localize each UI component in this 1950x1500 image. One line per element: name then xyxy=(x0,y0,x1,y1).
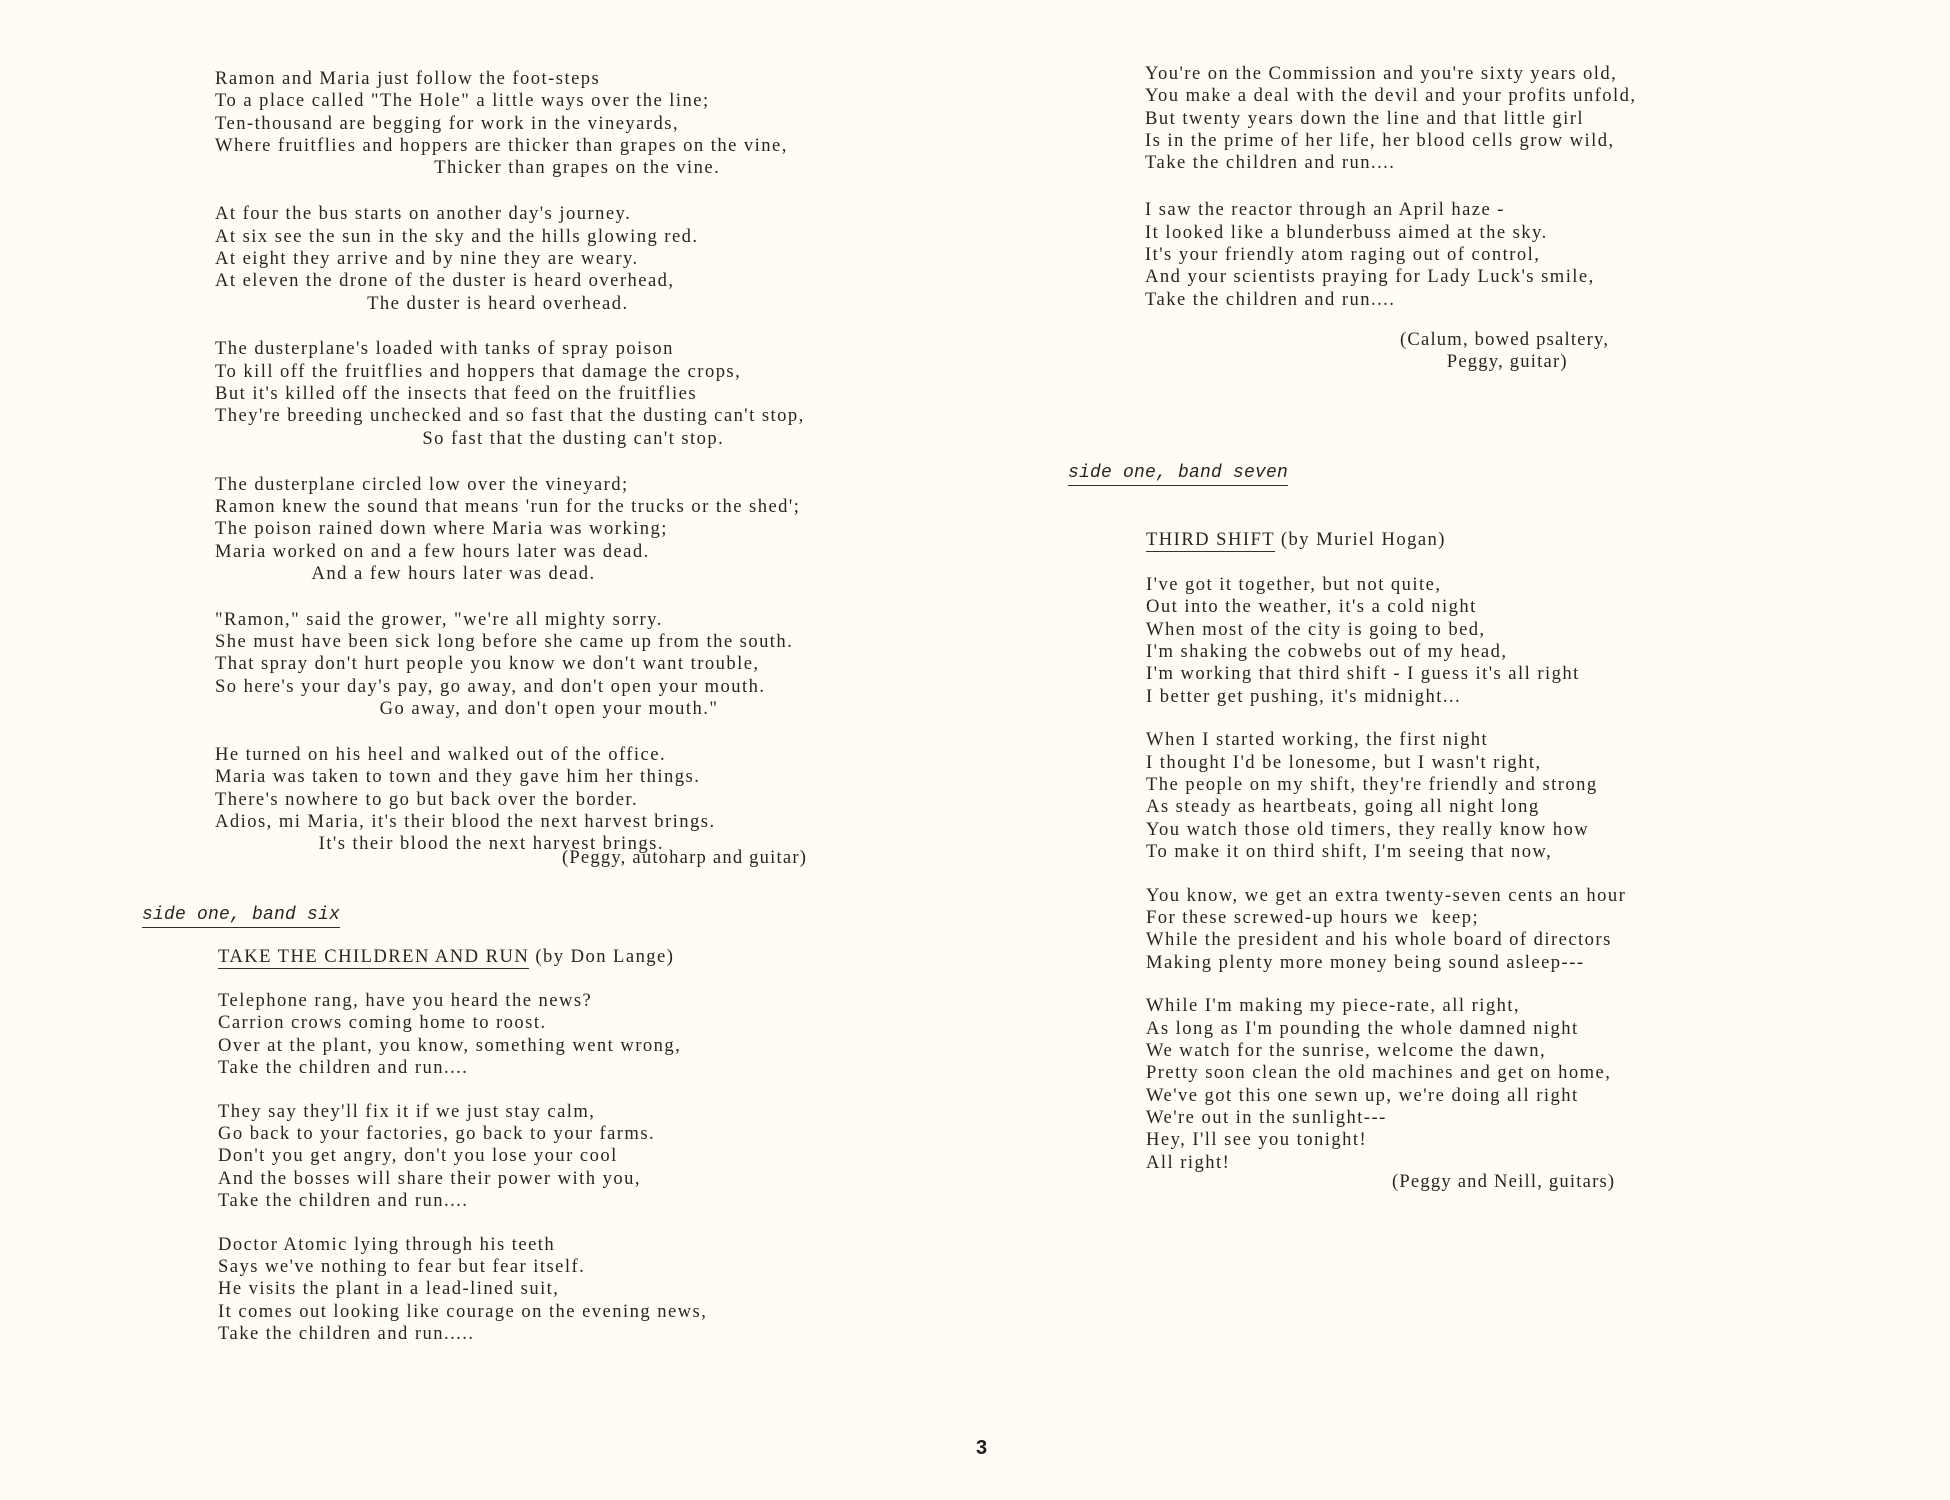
lyric-line: While I'm making my piece-rate, all righ… xyxy=(1146,995,1626,1017)
stanza: When I started working, the first nightI… xyxy=(1146,729,1626,863)
lyric-line: Making plenty more money being sound asl… xyxy=(1146,952,1626,974)
lyric-line: As long as I'm pounding the whole damned… xyxy=(1146,1018,1626,1040)
lyric-line: He visits the plant in a lead-lined suit… xyxy=(218,1278,707,1300)
lyric-line: I saw the reactor through an April haze … xyxy=(1145,199,1637,221)
stanza-gap xyxy=(215,585,805,608)
lyric-line: At six see the sun in the sky and the hi… xyxy=(215,226,805,248)
lyric-line: That spray don't hurt people you know we… xyxy=(215,653,805,675)
lyric-line: There's nowhere to go but back over the … xyxy=(215,789,805,811)
stanza: "Ramon," said the grower, "we're all mig… xyxy=(215,609,805,721)
continued-song-lyrics: You're on the Commission and you're sixt… xyxy=(1145,63,1637,311)
credit-line: (Calum, bowed psaltery, xyxy=(1400,329,1609,351)
page-number: 3 xyxy=(976,1437,987,1460)
stanza-gap xyxy=(215,180,805,203)
lyric-line: I'm working that third shift - I guess i… xyxy=(1146,663,1626,685)
lyric-line: Take the children and run.... xyxy=(218,1057,707,1079)
stanza: Doctor Atomic lying through his teethSay… xyxy=(218,1234,707,1346)
lyric-line: Adios, mi Maria, it's their blood the ne… xyxy=(215,811,805,833)
song-title: THIRD SHIFT xyxy=(1146,529,1275,552)
lyric-line: Is in the prime of her life, her blood c… xyxy=(1145,130,1637,152)
stanza-gap xyxy=(1146,974,1626,995)
song-title-line-take-the-children: TAKE THE CHILDREN AND RUN (by Don Lange) xyxy=(218,946,674,968)
lyric-line: Take the children and run.... xyxy=(218,1190,707,1212)
continued-song-credit: (Calum, bowed psaltery, Peggy, guitar) xyxy=(1400,329,1609,374)
lyric-line: As steady as heartbeats, going all night… xyxy=(1146,796,1626,818)
stanza: The dusterplane's loaded with tanks of s… xyxy=(215,338,805,450)
stanza: You're on the Commission and you're sixt… xyxy=(1145,63,1637,175)
lyric-line: We're out in the sunlight--- xyxy=(1146,1107,1626,1129)
lyric-line: Where fruitflies and hoppers are thicker… xyxy=(215,135,805,157)
third-shift-credit: (Peggy and Neill, guitars) xyxy=(1392,1171,1615,1193)
lyric-line: And the bosses will share their power wi… xyxy=(218,1168,707,1190)
lyric-line: Telephone rang, have you heard the news? xyxy=(218,990,707,1012)
stanza: Ramon and Maria just follow the foot-ste… xyxy=(215,68,805,180)
lyric-line: For these screwed-up hours we keep; xyxy=(1146,907,1626,929)
lyric-line: So fast that the dusting can't stop. xyxy=(215,428,805,450)
credit-line: Peggy, guitar) xyxy=(1400,351,1609,373)
lyric-line: You're on the Commission and you're sixt… xyxy=(1145,63,1637,85)
stanza: The dusterplane circled low over the vin… xyxy=(215,474,805,586)
stanza: He turned on his heel and walked out of … xyxy=(215,744,805,856)
lyric-line: He turned on his heel and walked out of … xyxy=(215,744,805,766)
stanza-gap xyxy=(1145,175,1637,200)
lyric-line: You watch those old timers, they really … xyxy=(1146,819,1626,841)
lyric-line: Go away, and don't open your mouth." xyxy=(215,698,805,720)
take-the-children-lyrics: Telephone rang, have you heard the news?… xyxy=(218,990,707,1345)
previous-song-lyrics: Ramon and Maria just follow the foot-ste… xyxy=(215,68,805,856)
lyric-line: To kill off the fruitflies and hoppers t… xyxy=(215,361,805,383)
lyric-line: Maria worked on and a few hours later wa… xyxy=(215,541,805,563)
songbook-page: Ramon and Maria just follow the foot-ste… xyxy=(0,0,1950,1500)
lyric-line: Thicker than grapes on the vine. xyxy=(215,157,805,179)
song-author: (by Don Lange) xyxy=(529,946,674,967)
third-shift-lyrics: I've got it together, but not quite,Out … xyxy=(1146,574,1626,1174)
section-heading-band-six: side one, band six xyxy=(142,904,340,928)
lyric-line: When most of the city is going to bed, xyxy=(1146,619,1626,641)
lyric-line: I better get pushing, it's midnight... xyxy=(1146,686,1626,708)
stanza: You know, we get an extra twenty-seven c… xyxy=(1146,885,1626,974)
lyric-line: At eight they arrive and by nine they ar… xyxy=(215,248,805,270)
lyric-line: And a few hours later was dead. xyxy=(215,563,805,585)
lyric-line: The duster is heard overhead. xyxy=(215,293,805,315)
lyric-line: At eleven the drone of the duster is hea… xyxy=(215,270,805,292)
lyric-line: It's your friendly atom raging out of co… xyxy=(1145,244,1637,266)
lyric-line: "Ramon," said the grower, "we're all mig… xyxy=(215,609,805,631)
lyric-line: Maria was taken to town and they gave hi… xyxy=(215,766,805,788)
lyric-line: It looked like a blunderbuss aimed at th… xyxy=(1145,222,1637,244)
stanza-gap xyxy=(215,450,805,473)
lyric-line: To make it on third shift, I'm seeing th… xyxy=(1146,841,1626,863)
lyric-line: The dusterplane's loaded with tanks of s… xyxy=(215,338,805,360)
lyric-line: Pretty soon clean the old machines and g… xyxy=(1146,1062,1626,1084)
stanza-gap xyxy=(1146,708,1626,729)
lyric-line: She must have been sick long before she … xyxy=(215,631,805,653)
lyric-line: You know, we get an extra twenty-seven c… xyxy=(1146,885,1626,907)
lyric-line: Out into the weather, it's a cold night xyxy=(1146,596,1626,618)
stanza-gap xyxy=(215,720,805,743)
lyric-line: Take the children and run.... xyxy=(1145,289,1637,311)
lyric-line: I'm shaking the cobwebs out of my head, xyxy=(1146,641,1626,663)
lyric-line: They're breeding unchecked and so fast t… xyxy=(215,405,805,427)
previous-song-credit: (Peggy, autoharp and guitar) xyxy=(562,847,807,869)
stanza-gap xyxy=(215,315,805,338)
lyric-line: You make a deal with the devil and your … xyxy=(1145,85,1637,107)
stanza: I saw the reactor through an April haze … xyxy=(1145,199,1637,311)
section-heading-band-seven: side one, band seven xyxy=(1068,462,1288,486)
stanza-gap xyxy=(1146,863,1626,884)
stanza: At four the bus starts on another day's … xyxy=(215,203,805,315)
stanza: While I'm making my piece-rate, all righ… xyxy=(1146,995,1626,1174)
lyric-line: Don't you get angry, don't you lose your… xyxy=(218,1145,707,1167)
lyric-line: But twenty years down the line and that … xyxy=(1145,108,1637,130)
lyric-line: To a place called "The Hole" a little wa… xyxy=(215,90,805,112)
lyric-line: Take the children and run..... xyxy=(218,1323,707,1345)
lyric-line: Take the children and run.... xyxy=(1145,152,1637,174)
lyric-line: Ramon knew the sound that means 'run for… xyxy=(215,496,805,518)
lyric-line: I've got it together, but not quite, xyxy=(1146,574,1626,596)
lyric-line: Ramon and Maria just follow the foot-ste… xyxy=(215,68,805,90)
stanza: They say they'll fix it if we just stay … xyxy=(218,1101,707,1213)
lyric-line: At four the bus starts on another day's … xyxy=(215,203,805,225)
lyric-line: The dusterplane circled low over the vin… xyxy=(215,474,805,496)
lyric-line: Doctor Atomic lying through his teeth xyxy=(218,1234,707,1256)
lyric-line: Over at the plant, you know, something w… xyxy=(218,1035,707,1057)
stanza: I've got it together, but not quite,Out … xyxy=(1146,574,1626,708)
lyric-line: And your scientists praying for Lady Luc… xyxy=(1145,266,1637,288)
lyric-line: So here's your day's pay, go away, and d… xyxy=(215,676,805,698)
lyric-line: I thought I'd be lonesome, but I wasn't … xyxy=(1146,752,1626,774)
lyric-line: When I started working, the first night xyxy=(1146,729,1626,751)
song-author: (by Muriel Hogan) xyxy=(1275,529,1446,550)
song-title-line-third-shift: THIRD SHIFT (by Muriel Hogan) xyxy=(1146,529,1446,551)
lyric-line: Carrion crows coming home to roost. xyxy=(218,1012,707,1034)
lyric-line: Ten-thousand are begging for work in the… xyxy=(215,113,805,135)
song-title: TAKE THE CHILDREN AND RUN xyxy=(218,946,529,969)
lyric-line: We've got this one sewn up, we're doing … xyxy=(1146,1085,1626,1107)
lyric-line: The people on my shift, they're friendly… xyxy=(1146,774,1626,796)
lyric-line: Hey, I'll see you tonight! xyxy=(1146,1129,1626,1151)
lyric-line: They say they'll fix it if we just stay … xyxy=(218,1101,707,1123)
stanza-gap xyxy=(218,1212,707,1233)
lyric-line: It comes out looking like courage on the… xyxy=(218,1301,707,1323)
lyric-line: While the president and his whole board … xyxy=(1146,929,1626,951)
stanza: Telephone rang, have you heard the news?… xyxy=(218,990,707,1079)
lyric-line: But it's killed off the insects that fee… xyxy=(215,383,805,405)
lyric-line: Says we've nothing to fear but fear itse… xyxy=(218,1256,707,1278)
stanza-gap xyxy=(218,1079,707,1100)
lyric-line: Go back to your factories, go back to yo… xyxy=(218,1123,707,1145)
lyric-line: The poison rained down where Maria was w… xyxy=(215,518,805,540)
lyric-line: We watch for the sunrise, welcome the da… xyxy=(1146,1040,1626,1062)
